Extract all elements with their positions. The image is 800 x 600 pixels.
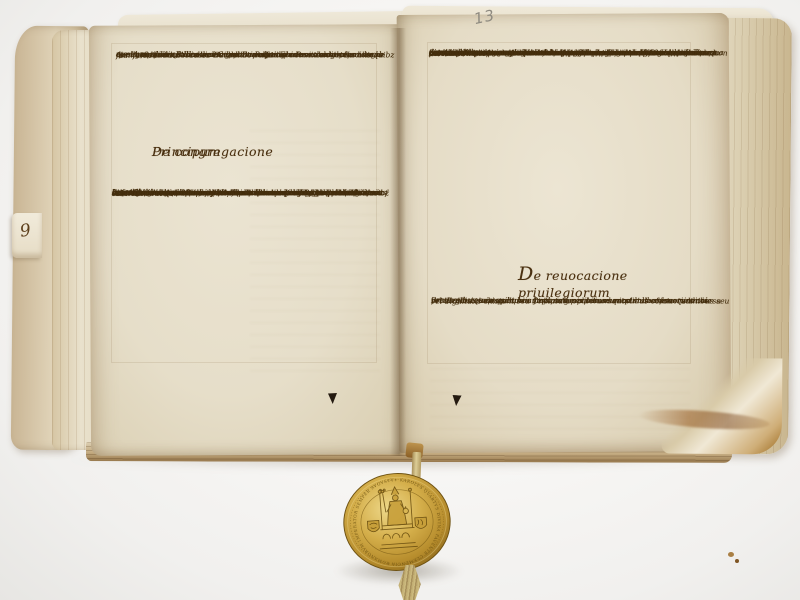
stain-speck (728, 552, 734, 557)
book-gutter (390, 28, 406, 456)
manuscript-line: expedicionem non impediant fieri moderam… (429, 47, 665, 60)
ruling-frame-right-page (427, 42, 691, 364)
leaf-tab: 9 (12, 213, 42, 258)
manuscript-line: omnibus modis et condicionibus ut prefer… (116, 49, 288, 62)
ink-showthrough (430, 368, 690, 438)
leaf-tab-number: 9 (19, 220, 33, 241)
golden-bull-seal: + KAROLVS QVARTVS DIVINA FAVENTE CLEMENC… (336, 464, 457, 580)
manuscript-line: tam ecclesiasticis quam secularibz tam c… (112, 187, 295, 199)
stain-speck (735, 559, 739, 563)
manuscript-line: rebus aliis quavis proprio motu seu a no… (431, 295, 708, 308)
photo-backdrop: quecunq alium Judicem sive ordinarium si… (0, 0, 800, 600)
heading-line: Principum (152, 143, 221, 160)
ink-showthrough (250, 130, 380, 380)
